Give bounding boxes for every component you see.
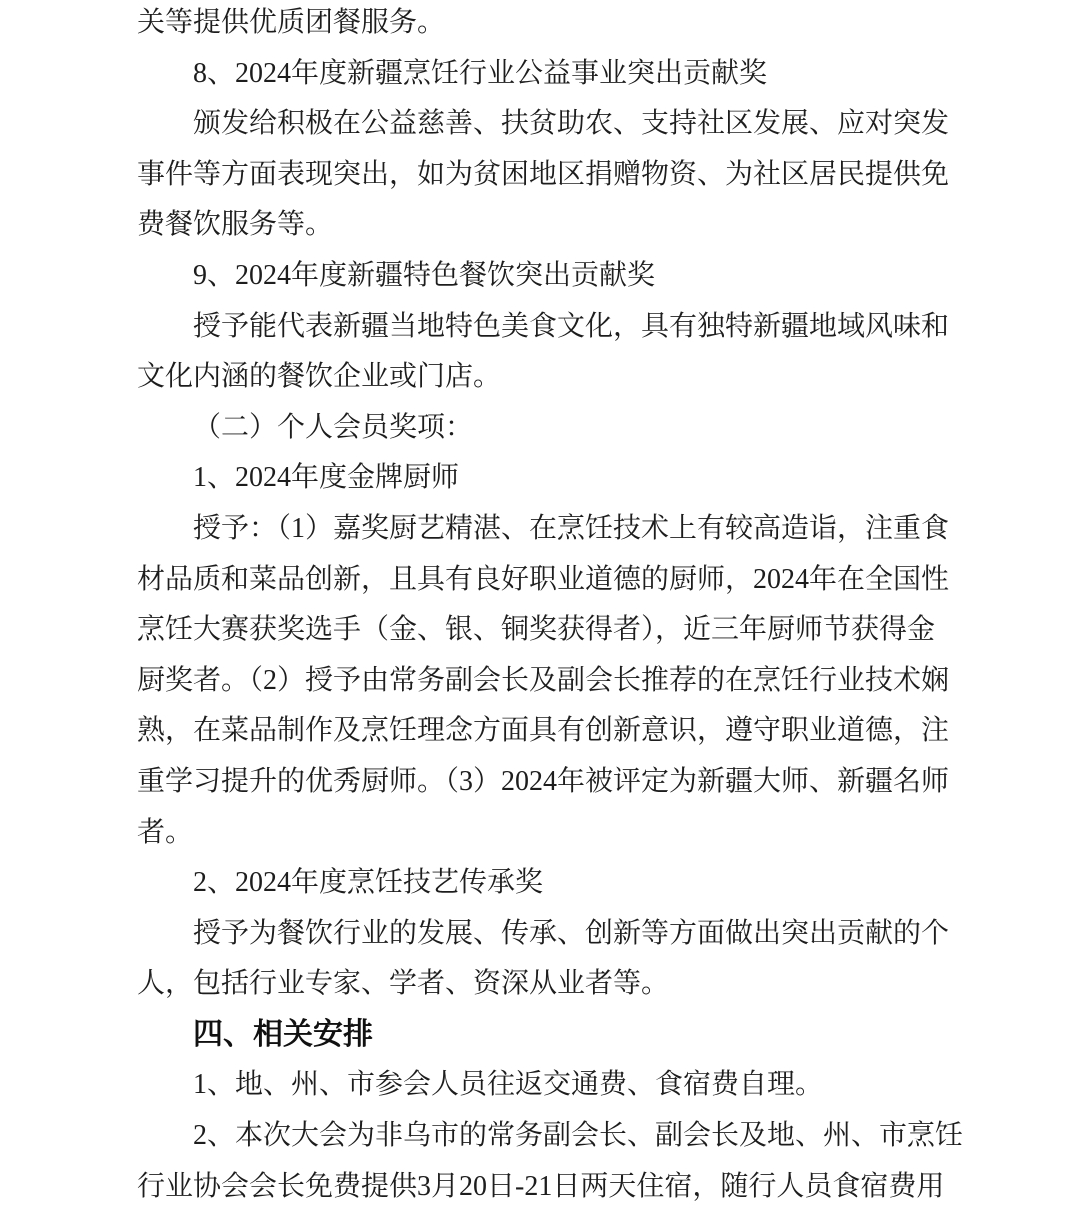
document-line: 1、地、州、市参会人员往返交通费、食宿费自理。 bbox=[137, 1060, 952, 1111]
document-line: 9、2024年度新疆特色餐饮突出贡献奖 bbox=[137, 251, 952, 302]
document-line: 烹饪大赛获奖选手（金、银、铜奖获得者），近三年厨师节获得金 bbox=[137, 605, 952, 656]
document-text-block: 关等提供优质团餐服务。8、2024年度新疆烹饪行业公益事业突出贡献奖颁发给积极在… bbox=[137, 0, 952, 1208]
document-page: 关等提供优质团餐服务。8、2024年度新疆烹饪行业公益事业突出贡献奖颁发给积极在… bbox=[0, 0, 1080, 1208]
document-line: 关等提供优质团餐服务。 bbox=[137, 0, 952, 49]
document-line: 8、2024年度新疆烹饪行业公益事业突出贡献奖 bbox=[137, 49, 952, 100]
document-line: 重学习提升的优秀厨师。（3）2024年被评定为新疆大师、新疆名师 bbox=[137, 757, 952, 808]
document-line: 2、2024年度烹饪技艺传承奖 bbox=[137, 858, 952, 909]
document-line: 行业协会会长免费提供3月20日-21日两天住宿，随行人员食宿费用 bbox=[137, 1162, 952, 1208]
document-line: （二）个人会员奖项： bbox=[137, 403, 952, 454]
section-heading: 四、相关安排 bbox=[137, 1010, 952, 1061]
document-line: 人，包括行业专家、学者、资深从业者等。 bbox=[137, 959, 952, 1010]
document-line: 费餐饮服务等。 bbox=[137, 200, 952, 251]
document-line: 材品质和菜品创新，且具有良好职业道德的厨师，2024年在全国性 bbox=[137, 555, 952, 606]
document-line: 授予为餐饮行业的发展、传承、创新等方面做出突出贡献的个 bbox=[137, 909, 952, 960]
document-line: 事件等方面表现突出，如为贫困地区捐赠物资、为社区居民提供免 bbox=[137, 150, 952, 201]
document-line: 授予：（1）嘉奖厨艺精湛、在烹饪技术上有较高造诣，注重食 bbox=[137, 504, 952, 555]
document-line: 颁发给积极在公益慈善、扶贫助农、支持社区发展、应对突发 bbox=[137, 99, 952, 150]
document-line: 厨奖者。（2）授予由常务副会长及副会长推荐的在烹饪行业技术娴 bbox=[137, 656, 952, 707]
document-line: 文化内涵的餐饮企业或门店。 bbox=[137, 352, 952, 403]
document-line: 者。 bbox=[137, 808, 952, 859]
document-line: 1、2024年度金牌厨师 bbox=[137, 453, 952, 504]
document-line: 2、本次大会为非乌市的常务副会长、副会长及地、州、市烹饪 bbox=[137, 1111, 952, 1162]
document-line: 授予能代表新疆当地特色美食文化，具有独特新疆地域风味和 bbox=[137, 302, 952, 353]
document-line: 熟，在菜品制作及烹饪理念方面具有创新意识，遵守职业道德，注 bbox=[137, 706, 952, 757]
